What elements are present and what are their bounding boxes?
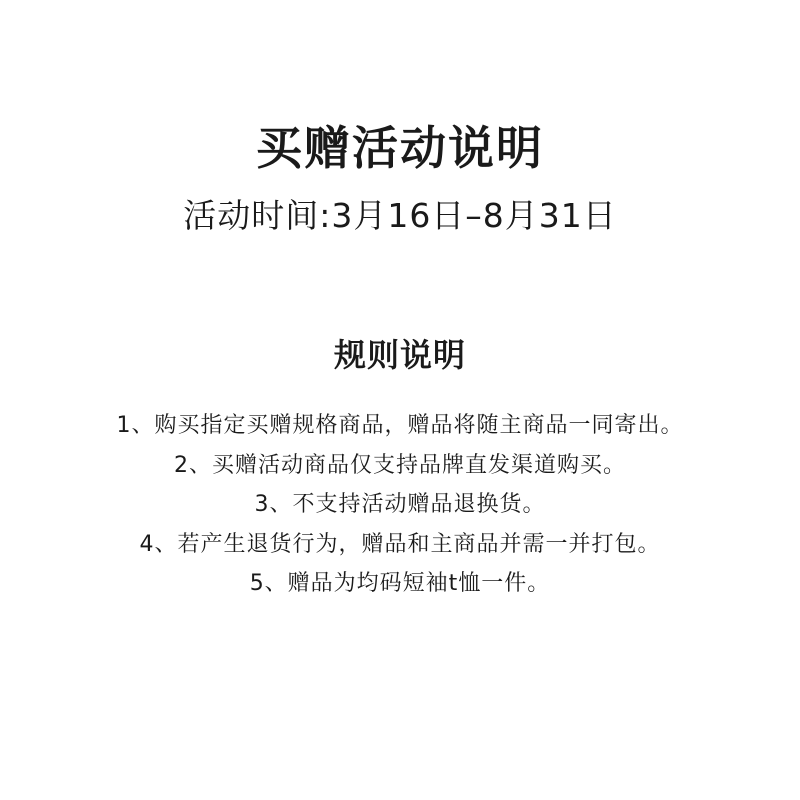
activity-period: 活动时间:3月16日–8月31日 — [0, 193, 800, 239]
rule-item: 1、购买指定买赠规格商品，赠品将随主商品一同寄出。 — [0, 406, 800, 446]
page-title: 买赠活动说明 — [0, 118, 800, 178]
rules-list: 1、购买指定买赠规格商品，赠品将随主商品一同寄出。 2、买赠活动商品仅支持品牌直… — [0, 406, 800, 604]
rule-item: 5、赠品为均码短袖t恤一件。 — [0, 564, 800, 604]
rule-item: 3、不支持活动赠品退换货。 — [0, 485, 800, 525]
rule-item: 2、买赠活动商品仅支持品牌直发渠道购买。 — [0, 446, 800, 486]
rules-heading: 规则说明 — [0, 333, 800, 377]
rule-item: 4、若产生退货行为，赠品和主商品并需一并打包。 — [0, 525, 800, 565]
